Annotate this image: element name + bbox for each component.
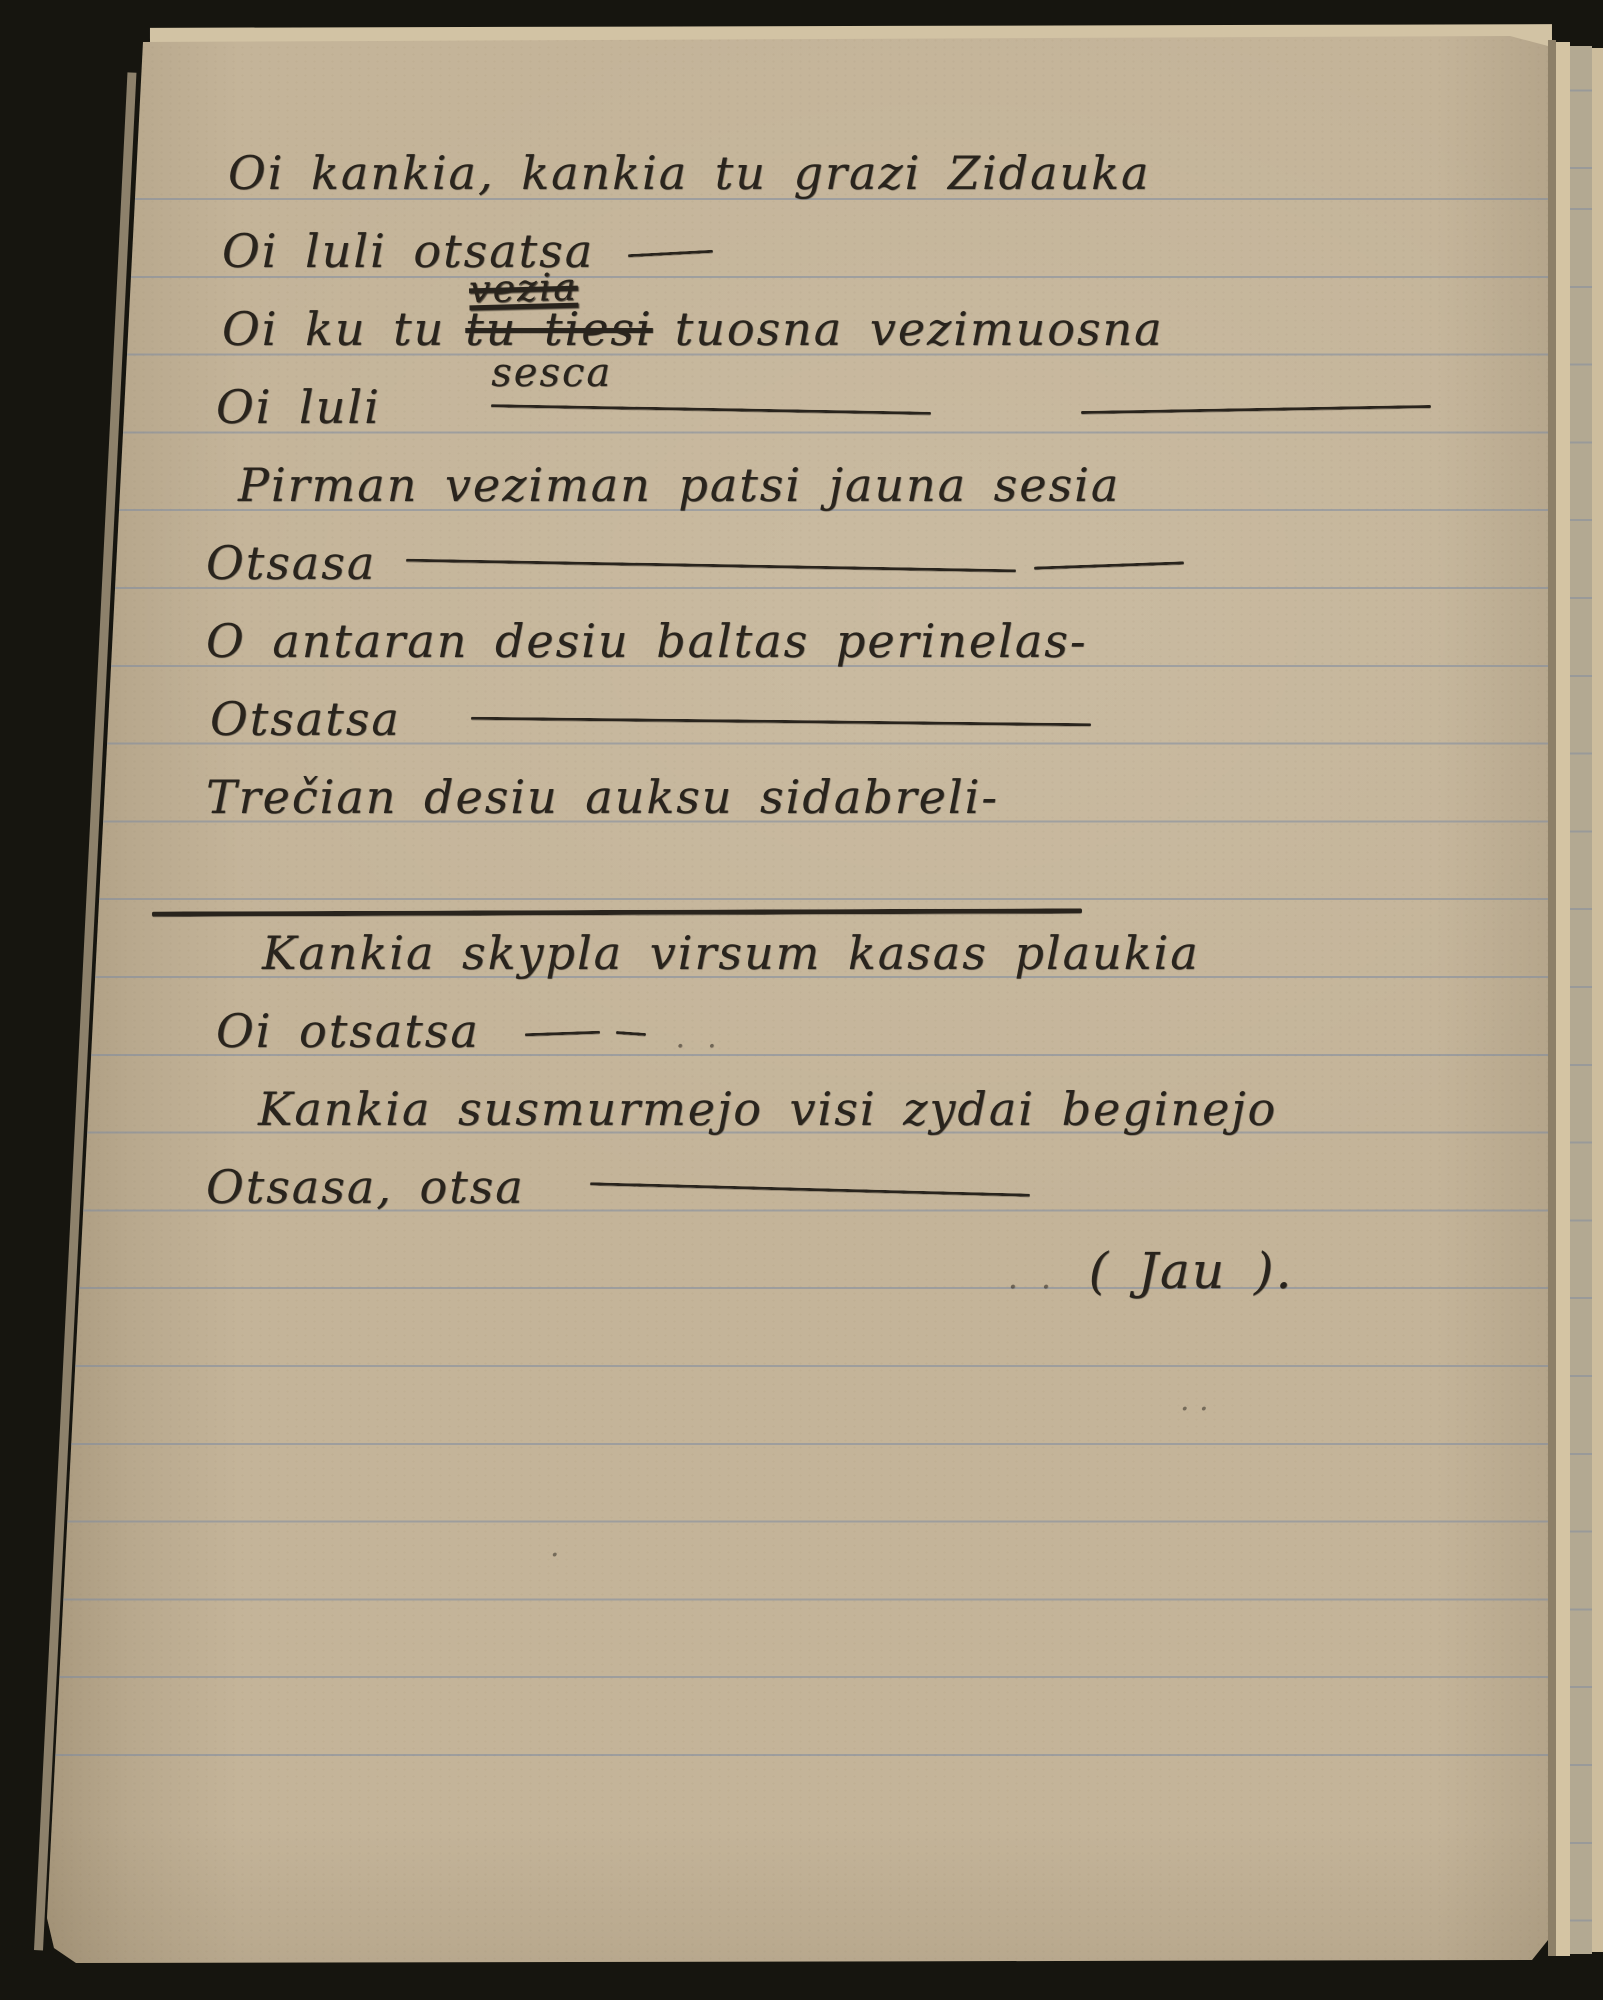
handwriting-line-10: Kankia skypla virsum kasas plaukia — [262, 926, 1200, 980]
struck-out-word: vezia — [469, 265, 579, 312]
next-page-edge — [1556, 42, 1570, 1956]
handwriting-text: Oi ku tu — [222, 302, 445, 356]
hand-dash — [628, 250, 713, 257]
hand-dash — [616, 1031, 646, 1036]
handwriting-text: Oi otsatsa — [216, 1004, 480, 1058]
scanned-notebook-photo: Oi kankia, kankia tu grazi ZidaukaOi lul… — [0, 0, 1603, 2000]
handwriting-text: tuosna vezimuosna — [675, 302, 1164, 356]
handwriting-text: Trečian desiu auksu sidabreli- — [206, 770, 999, 824]
stray-ink-mark: · — [550, 1538, 560, 1573]
hand-dash — [406, 559, 1016, 573]
handwriting-line-14: . .( Jau ). — [1008, 1242, 1293, 1300]
handwriting-text: Otsatsa — [210, 692, 401, 746]
hand-dash — [471, 717, 1091, 726]
handwriting-text: O antaran desiu baltas perinelas- — [206, 614, 1087, 668]
handwriting-text: Oi kankia, kankia tu grazi Zidauka — [228, 146, 1150, 200]
handwriting-line-9: Trečian desiu auksu sidabreli- — [206, 770, 999, 824]
handwriting-line-6: Otsasa — [206, 536, 1184, 590]
handwriting-text: Kankia susmurmejo visi zydai beginejo — [258, 1082, 1277, 1136]
handwriting-line-11: Oi otsatsa. . — [216, 1004, 718, 1058]
ruled-lines-sliver — [1570, 46, 1592, 1954]
handwriting-text: Kankia skypla virsum kasas plaukia — [262, 926, 1200, 980]
handwriting-text: Pirman veziman patsi jauna sesia — [238, 458, 1120, 512]
page-stack-shadow — [1548, 40, 1556, 1956]
handwriting-text: Otsasa — [206, 536, 376, 590]
handwriting-text: . . — [1008, 1261, 1053, 1296]
correction-stack: veziatu tiesisesca — [465, 302, 652, 356]
handwriting-line-7: O antaran desiu baltas perinelas- — [206, 614, 1087, 668]
outer-page-edge — [1592, 48, 1603, 1952]
ruled-lines — [52, 198, 1548, 1790]
notebook-page: Oi kankia, kankia tu grazi ZidaukaOi lul… — [40, 30, 1556, 1965]
hand-dash — [525, 1031, 600, 1037]
handwriting-line-3: Oi ku tuveziatu tiesisescatuosna vezimuo… — [222, 302, 1164, 356]
handwriting-line-8: Otsatsa — [210, 692, 1091, 746]
handwriting-line-4: Oi luli — [216, 380, 1431, 434]
handwriting-line-5: Pirman veziman patsi jauna sesia — [238, 458, 1120, 512]
handwriting-text: . . — [676, 1021, 718, 1054]
hand-dash — [1034, 561, 1184, 569]
hand-dash — [491, 404, 931, 415]
hand-dash — [590, 1182, 1030, 1197]
hand-dash — [1081, 405, 1431, 414]
next-page-ruled-sliver — [1570, 46, 1592, 1954]
handwriting-line-12: Kankia susmurmejo visi zydai beginejo — [258, 1082, 1277, 1136]
handwriting-line-1: Oi kankia, kankia tu grazi Zidauka — [228, 146, 1150, 200]
handwriting-text: Otsasa, otsa — [206, 1160, 525, 1214]
handwriting-line-13: Otsasa, otsa — [206, 1160, 1030, 1214]
hand-dash — [152, 908, 1082, 916]
handwriting-text: ( Jau ). — [1089, 1242, 1294, 1300]
handwriting-text: Oi luli — [216, 380, 381, 434]
stray-ink-mark: · · — [1180, 1392, 1209, 1427]
